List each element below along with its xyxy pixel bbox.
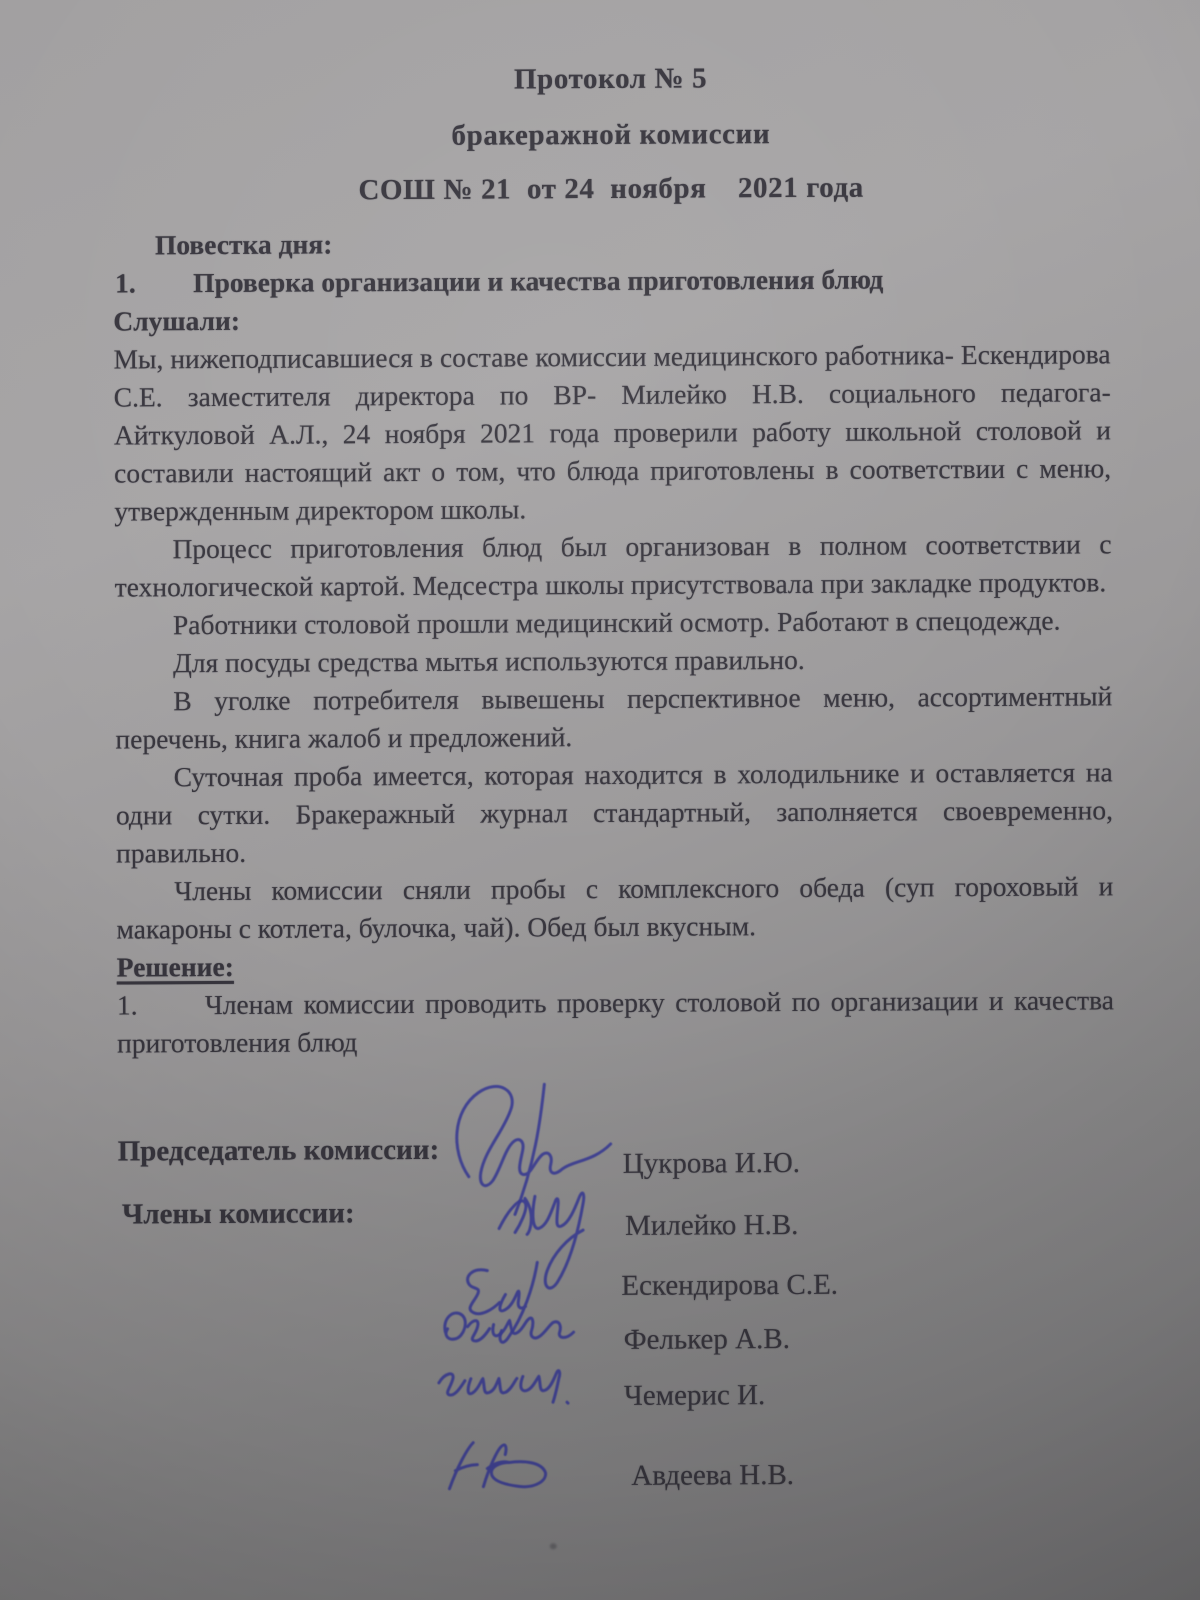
chairman-signature-icon [440,1080,621,1221]
paragraph: Суточная проба имеется, которая находитс… [116,753,1114,872]
document-title: Протокол № 5 [112,59,1109,98]
paragraph: В уголке потребителя вывешены перспектив… [115,677,1112,758]
paragraph: Мы, нижеподписавшиеся в составе комиссии… [113,335,1111,530]
document-text: Протокол № 5 бракеражной комиссии СОШ № … [112,0,1115,1063]
agenda-item: 1.Проверка организации и качества пригот… [113,259,1110,302]
decision-item-number: 1. [117,986,205,1024]
chairman-label: Председатель комиссии: [118,1134,440,1169]
chairman-name: Цукрова И.Ю. [623,1147,800,1181]
paper-speck [550,1543,557,1549]
paragraph: Работники столовой прошли медицинский ос… [115,601,1112,644]
member-name: Милейко Н.В. [625,1209,798,1243]
scanned-document-photo: Протокол № 5 бракеражной комиссии СОШ № … [0,0,1200,1600]
members-label: Члены комиссии: [122,1197,355,1231]
decision-item-text: Членам комиссии проводить проверку столо… [117,984,1114,1058]
member-signature-icon [491,1168,612,1294]
member-signature-icon [433,1298,583,1357]
member-signature-icon [439,1436,559,1499]
member-name: Авдеева Н.В. [631,1459,794,1493]
paragraph: Процесс приготовления блюд был организов… [114,525,1111,606]
agenda-item-text: Проверка организации и качества приготов… [193,264,883,299]
document-sheet: Протокол № 5 бракеражной комиссии СОШ № … [0,0,1200,1600]
heard-heading: Слушали: [113,297,1110,340]
member-name: Ескендирова С.Е. [621,1269,838,1303]
member-name: Чемерис И. [624,1379,765,1413]
title-block: Протокол № 5 бракеражной комиссии СОШ № … [112,0,1110,209]
paragraph: Для посуды средства мытья используются п… [115,639,1112,682]
member-name: Фелькер А.В. [624,1323,790,1357]
org-date-line: СОШ № 21 от 24 ноября 2021 года [113,169,1110,208]
paragraph: Члены комиссии сняли пробы с комплексног… [116,867,1113,948]
member-signature-icon [429,1358,579,1411]
document-subtitle: бракеражной комиссии [112,115,1109,154]
agenda-item-number: 1. [113,264,193,302]
decision-heading: Решение: [117,943,1114,986]
member-signature-icon [453,1256,563,1347]
agenda-heading: Повестка дня: [113,221,1110,264]
decision-item: 1.Членам комиссии проводить проверку сто… [117,981,1114,1062]
